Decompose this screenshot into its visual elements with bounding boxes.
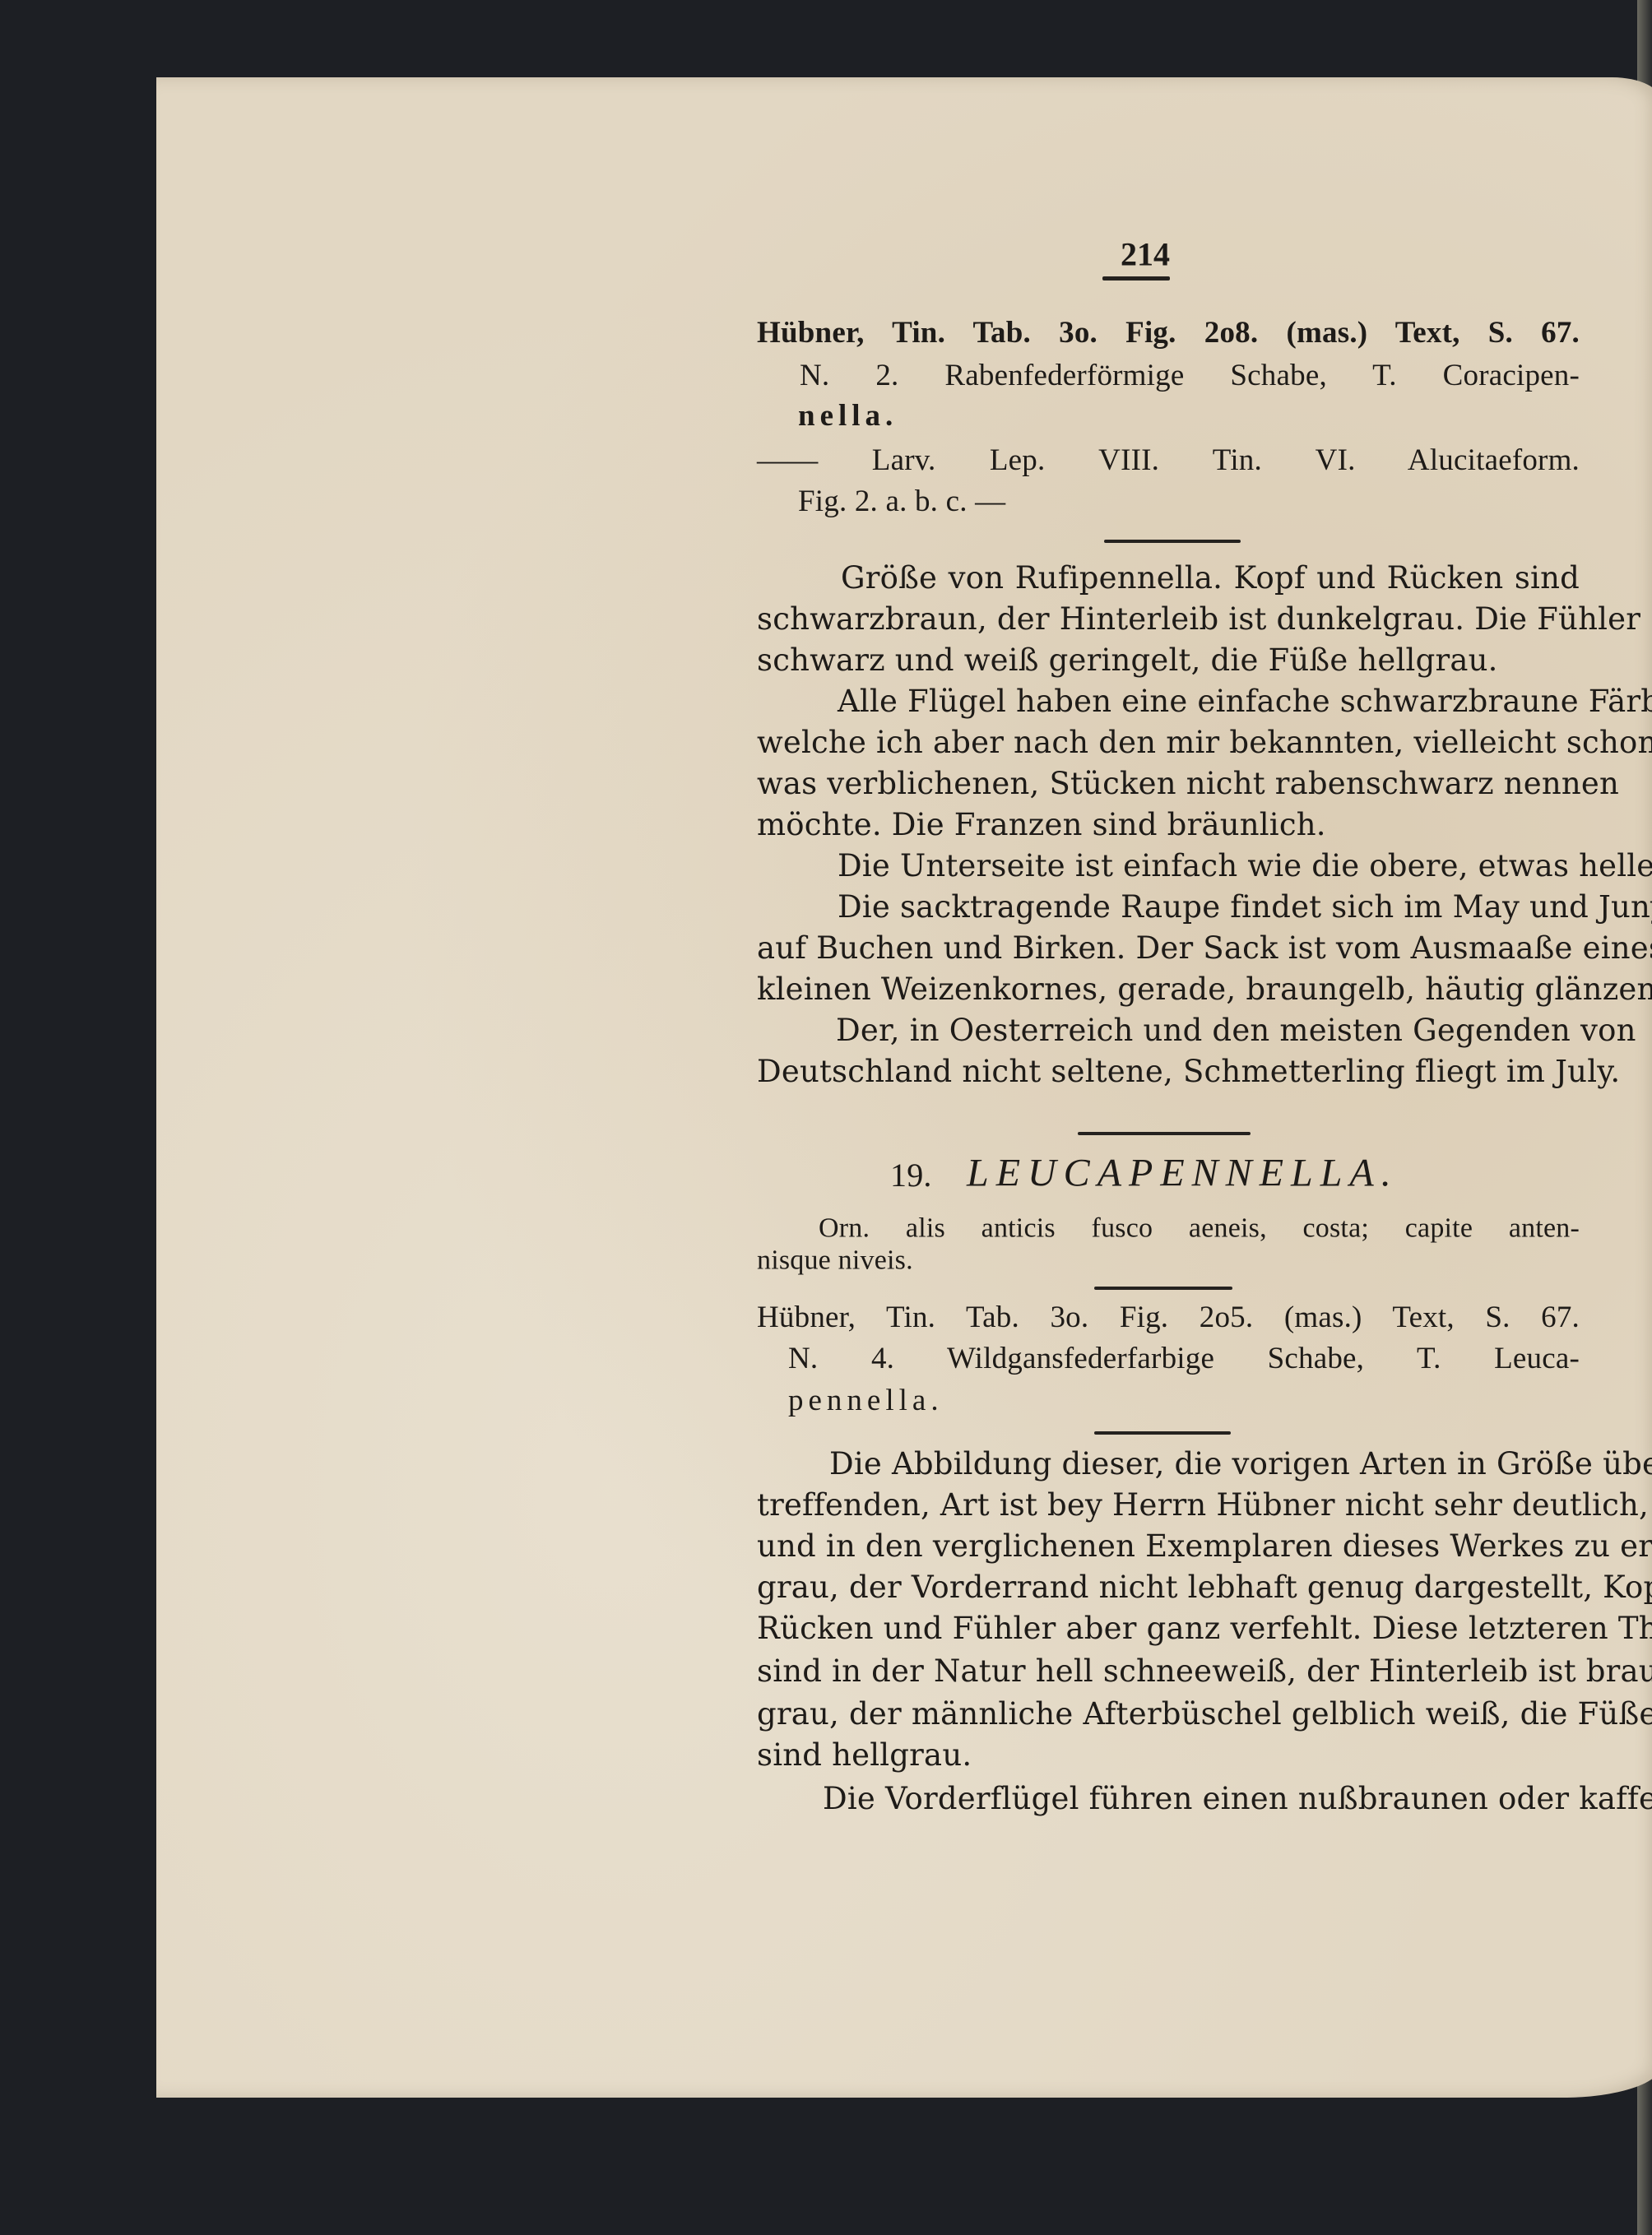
- paragraph-line: Die Vorderflügel führen einen nußbraunen…: [823, 1783, 1571, 1814]
- page-number: 214: [1121, 234, 1170, 273]
- paragraph-line: kleinen Weizenkornes, gerade, braungelb,…: [757, 974, 1580, 1004]
- paragraph-line: grau, der Vorderrand nicht lebhaft genug…: [757, 1572, 1580, 1602]
- paragraph-line: grau, der männliche Afterbüschel gelblic…: [757, 1699, 1580, 1729]
- reference-line: Hübner, Tin. Tab. 3o. Fig. 2o8. (mas.) T…: [757, 318, 1580, 348]
- paragraph-line: treffenden, Art ist bey Herrn Hübner nic…: [757, 1490, 1580, 1520]
- paragraph-line: Rücken und Fühler aber ganz verfehlt. Di…: [757, 1613, 1580, 1644]
- diagnosis-line: nisque niveis.: [757, 1246, 913, 1274]
- paragraph-line: Die Unterseite ist einfach wie die obere…: [838, 851, 1570, 881]
- paragraph-line: auf Buchen und Birken. Der Sack ist vom …: [757, 933, 1580, 963]
- paragraph-line: und in den verglichenen Exemplaren diese…: [757, 1531, 1580, 1561]
- section-rule: [1078, 1132, 1251, 1135]
- paragraph-line: Deutschland nicht seltene, Schmetterling…: [757, 1056, 1620, 1087]
- paragraph-line: was verblichenen, Stücken nicht rabensch…: [757, 768, 1580, 799]
- section-rule: [1094, 1431, 1231, 1435]
- paragraph-line: sind in der Natur hell schneeweiß, der H…: [757, 1656, 1580, 1686]
- paragraph-line: schwarz und weiß geringelt, die Füße hel…: [757, 645, 1498, 675]
- section-rule: [1094, 1287, 1232, 1290]
- species-number: 19.: [890, 1159, 932, 1192]
- paragraph-line: Alle Flügel haben eine einfache schwarzb…: [838, 686, 1580, 716]
- reference-line: —— Larv. Lep. VIII. Tin. VI. Alucitaefor…: [757, 445, 1580, 475]
- paragraph-line: welche ich aber nach den mir bekannten, …: [757, 727, 1580, 758]
- reference-line: Fig. 2. a. b. c. —: [798, 486, 1005, 517]
- paragraph-line: Größe von Rufipennella. Kopf und Rücken …: [841, 563, 1580, 593]
- paragraph-line: sind hellgrau.: [757, 1740, 972, 1770]
- section-rule: [1104, 540, 1241, 543]
- reference-line: N. 4. Wildgansfederfarbige Schabe, T. Le…: [788, 1343, 1580, 1374]
- reference-line: pennella.: [788, 1385, 944, 1416]
- species-name: LEUCAPENNELLA.: [967, 1154, 1399, 1194]
- paragraph-line: schwarzbraun, der Hinterleib ist dunkelg…: [757, 604, 1580, 634]
- paragraph-line: Die sacktragende Raupe findet sich im Ma…: [838, 892, 1580, 922]
- reference-line: nella.: [798, 401, 898, 431]
- paragraph-line: Die Abbildung dieser, die vorigen Arten …: [829, 1449, 1580, 1479]
- reference-line: N. 2. Rabenfederförmige Schabe, T. Corac…: [800, 360, 1580, 391]
- paragraph-line: möchte. Die Franzen sind bräunlich.: [757, 809, 1326, 840]
- diagnosis-line: Orn. alis anticis fusco aeneis, costa; c…: [819, 1214, 1580, 1242]
- header-rule: [1102, 276, 1170, 281]
- paragraph-line: Der, in Oesterreich und den meisten Gege…: [836, 1015, 1580, 1046]
- reference-line: Hübner, Tin. Tab. 3o. Fig. 2o5. (mas.) T…: [757, 1302, 1580, 1333]
